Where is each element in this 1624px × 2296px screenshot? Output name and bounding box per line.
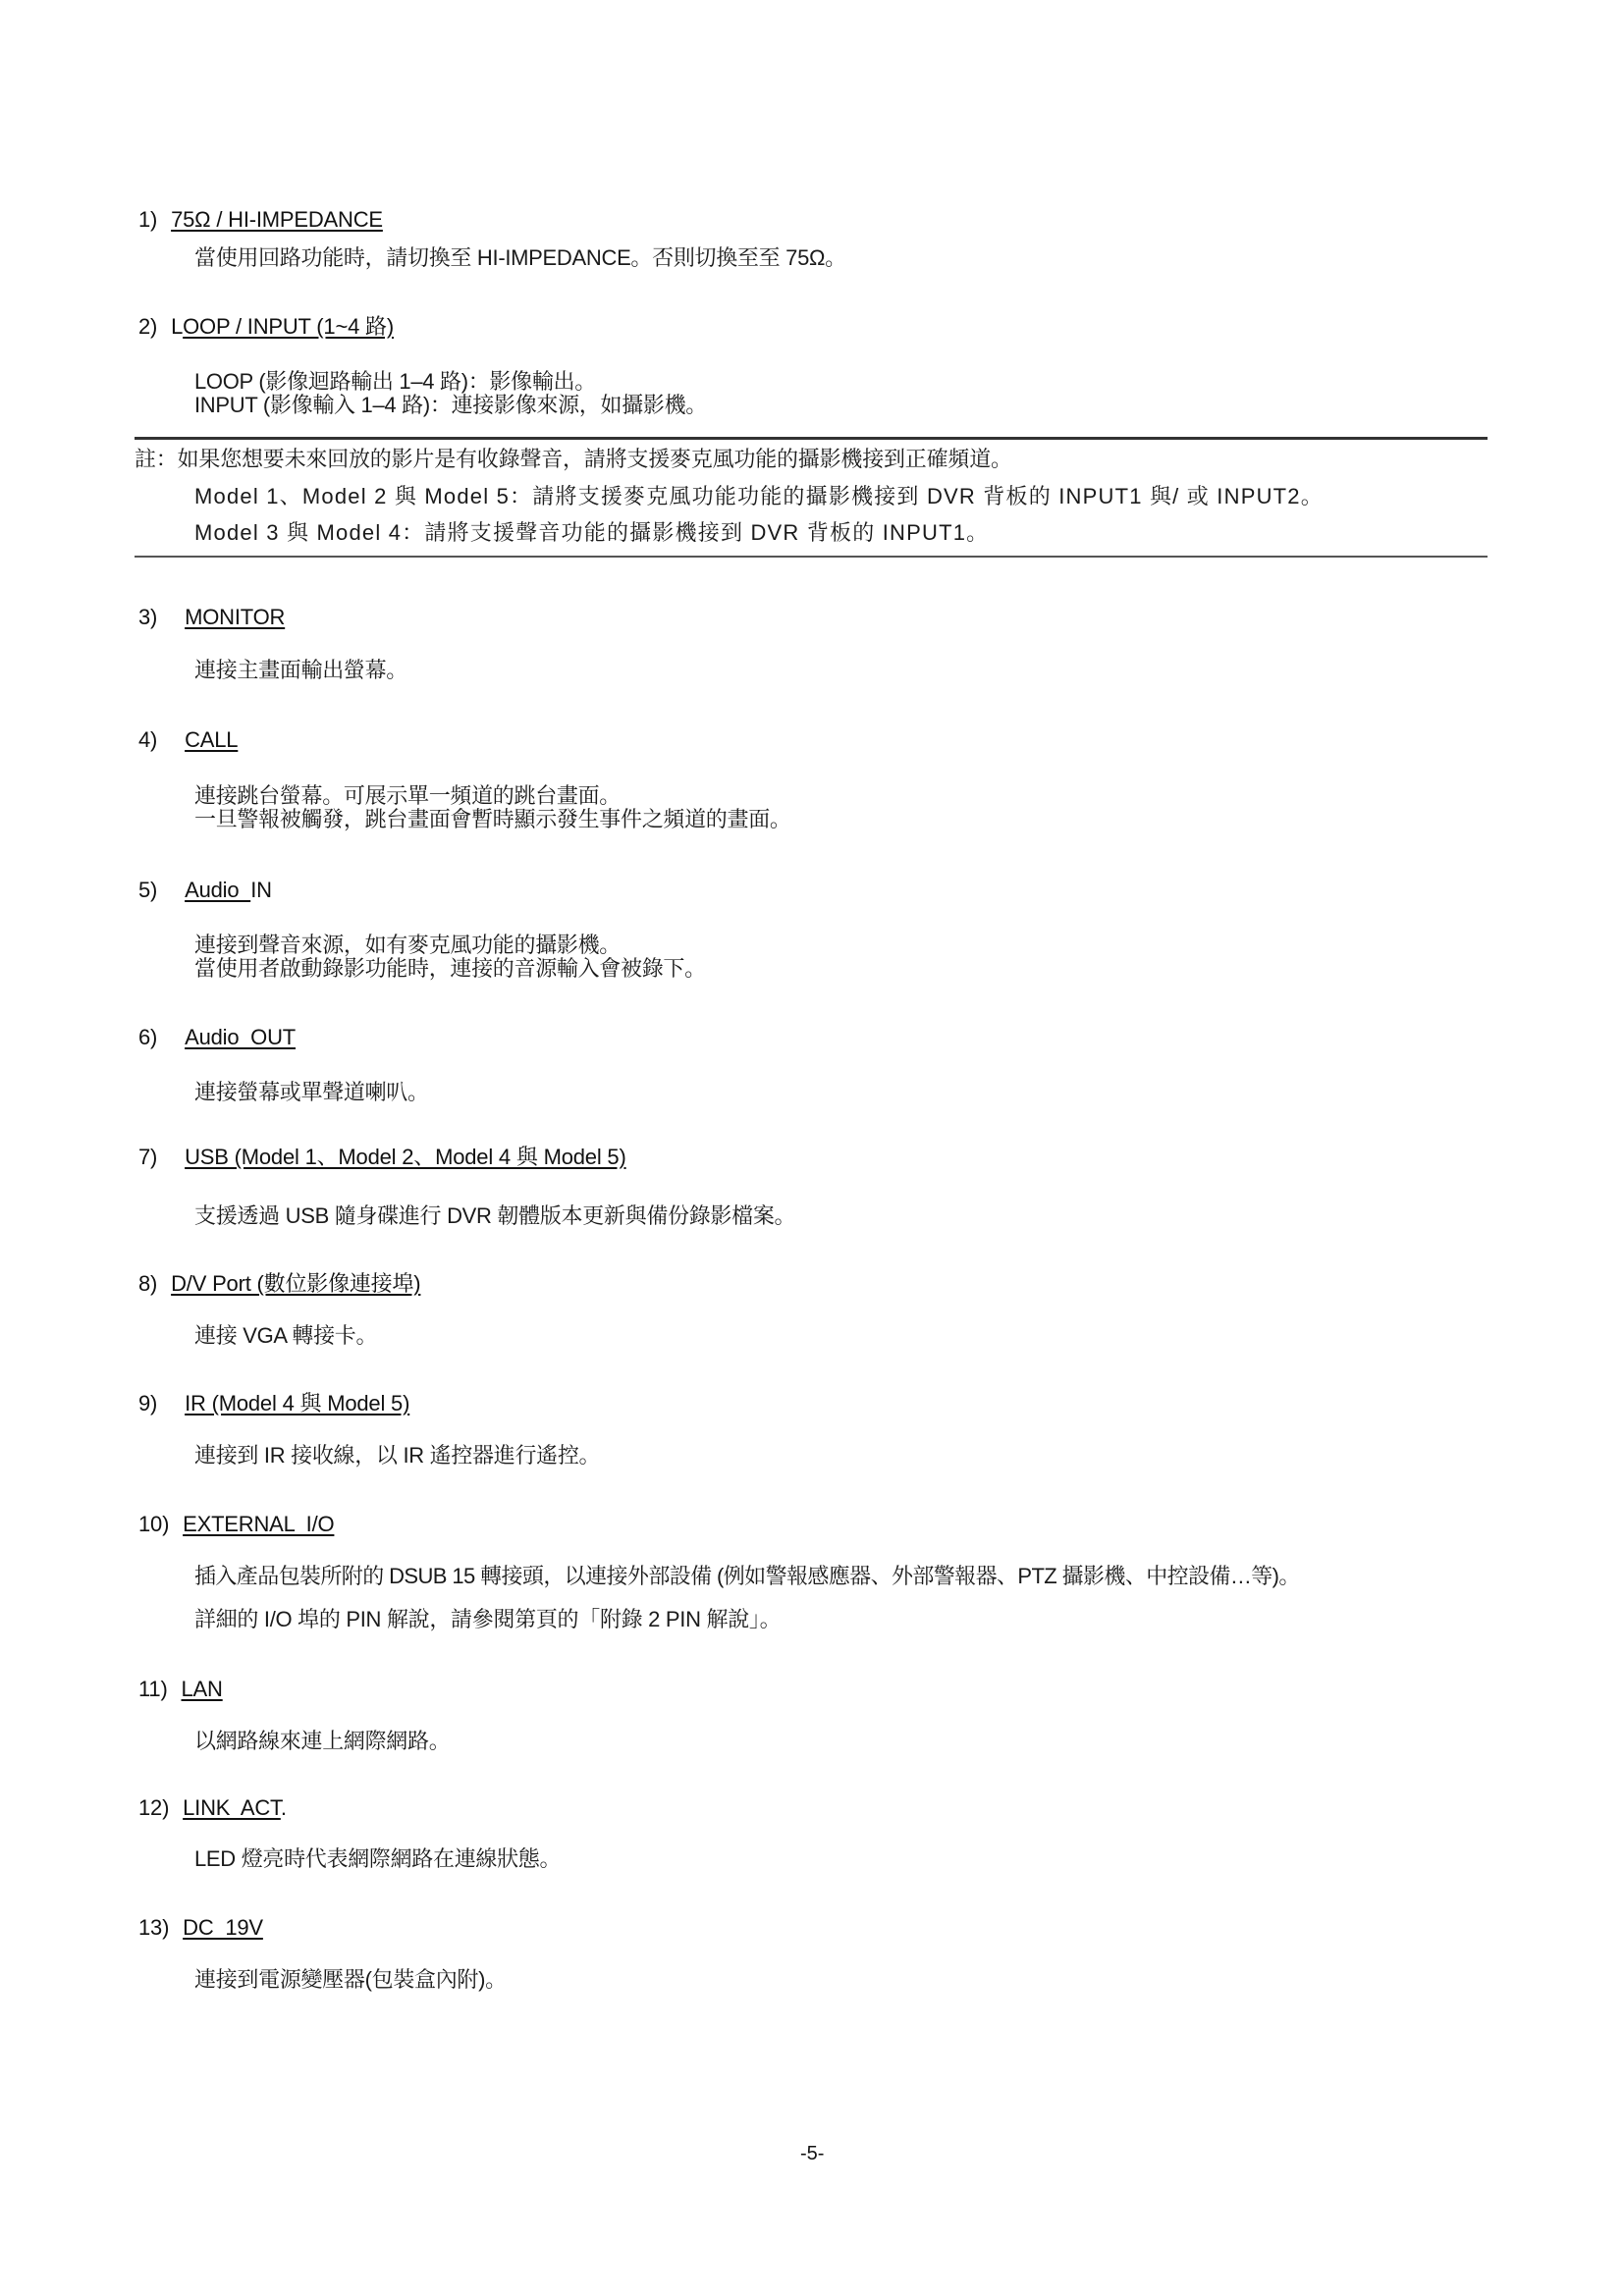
section-heading-lan: 11) LAN [138, 1677, 223, 1702]
note-intro: 註：如果您想要未來回放的影片是有收錄聲音，請將支援麥克風功能的攝影機接到正確頻道… [135, 447, 1012, 472]
section-heading-dv-port: 8) D/V Port (數位影像連接埠) [138, 1271, 420, 1297]
section-number: 4) [138, 727, 157, 753]
section-text: LED 燈亮時代表網際網路在連線狀態。 [194, 1846, 561, 1872]
section-text: 一旦警報被觸發，跳台畫面會暫時顯示發生事件之頻道的畫面。 [194, 807, 791, 832]
section-title: 75Ω / HI-IMPEDANCE [171, 207, 383, 232]
section-number: 6) [138, 1025, 157, 1050]
section-text: 以網路線來連上網際網路。 [194, 1729, 450, 1754]
section-text: 連接 VGA 轉接卡。 [194, 1323, 377, 1349]
section-heading-audio-out: 6) Audio OUT [138, 1025, 296, 1050]
section-number: 5) [138, 878, 157, 903]
section-text: 當使用回路功能時，請切換至 HI-IMPEDANCE。否則切換至至 75Ω。 [194, 245, 846, 271]
section-title: OOP / INPUT (1~4 路) [183, 314, 394, 339]
section-number: 12) [138, 1795, 169, 1821]
section-text: 連接到電源變壓器(包裝盒內附)。 [194, 1967, 507, 1993]
section-title: CALL [185, 727, 238, 752]
note-text: 如果您想要未來回放的影片是有收錄聲音，請將支援麥克風功能的攝影機接到正確頻道。 [178, 447, 1012, 471]
section-title-prefix: L [171, 314, 183, 339]
section-title: D/V Port (數位影像連接埠) [171, 1271, 420, 1296]
section-heading-loop-input: 2) LOOP / INPUT (1~4 路) [138, 314, 394, 340]
section-heading-monitor: 3) MONITOR [138, 605, 285, 630]
section-text: 連接主畫面輸出螢幕。 [194, 658, 407, 683]
section-text: 連接到 IR 接收線，以 IR 遙控器進行遙控。 [194, 1443, 600, 1468]
note-model-125: Model 1、Model 2 與 Model 5：請將支援麥克風功能功能的攝影… [194, 484, 1324, 509]
section-heading-call: 4) CALL [138, 727, 238, 753]
section-number: 2) [138, 314, 157, 340]
section-number: 13) [138, 1915, 169, 1941]
note-top-divider [135, 437, 1488, 440]
section-text: 連接螢幕或單聲道喇叭。 [194, 1080, 429, 1105]
section-number: 1) [138, 207, 157, 233]
section-text: 詳細的 I/O 埠的 PIN 解說，請參閱第頁的「附錄 2 PIN 解說」。 [194, 1607, 781, 1632]
section-title: EXTERNAL I/O [183, 1512, 334, 1536]
section-heading-75ohm: 1) 75Ω / HI-IMPEDANCE [138, 207, 383, 233]
section-text: 插入產品包裝所附的 DSUB 15 轉接頭，以連接外部設備 (例如警報感應器、外… [194, 1564, 1300, 1589]
section-heading-external-io: 10) EXTERNAL I/O [138, 1512, 334, 1537]
section-number: 11) [138, 1677, 168, 1702]
section-title: USB (Model 1、Model 2、Model 4 與 Model 5) [185, 1145, 626, 1169]
note-bottom-divider [135, 556, 1488, 558]
note-model-34: Model 3 與 Model 4：請將支援聲音功能的攝影機接到 DVR 背板的… [194, 520, 989, 546]
section-text: 連接到聲音來源，如有麥克風功能的攝影機。 [194, 933, 621, 958]
section-heading-usb: 7) USB (Model 1、Model 2、Model 4 與 Model … [138, 1145, 626, 1170]
page-number: -5- [800, 2142, 824, 2165]
section-title: LINK ACT [183, 1795, 281, 1820]
section-title: LAN [182, 1677, 223, 1701]
section-title: IR (Model 4 與 Model 5) [185, 1391, 409, 1415]
section-heading-audio-in: 5) Audio IN [138, 878, 272, 903]
section-heading-link-act: 12) LINK ACT. [138, 1795, 287, 1821]
section-number: 9) [138, 1391, 157, 1416]
section-text: LOOP (影像迴路輸出 1–4 路)：影像輸出。 [194, 369, 596, 395]
section-heading-dc-19v: 13) DC 19V [138, 1915, 263, 1941]
section-number: 7) [138, 1145, 157, 1170]
section-heading-ir: 9) IR (Model 4 與 Model 5) [138, 1391, 409, 1416]
note-label: 註： [135, 447, 178, 471]
section-text: 支援透過 USB 隨身碟進行 DVR 韌體版本更新與備份錄影檔案。 [194, 1203, 795, 1229]
section-title: DC 19V [183, 1915, 263, 1940]
section-title-suffix: IN [250, 878, 272, 902]
section-title-suffix: . [281, 1795, 287, 1820]
document-page: 1) 75Ω / HI-IMPEDANCE 當使用回路功能時，請切換至 HI-I… [0, 0, 1624, 2296]
section-title: Audio [185, 878, 250, 902]
section-number: 8) [138, 1271, 157, 1297]
section-title: MONITOR [185, 605, 285, 629]
section-text: INPUT (影像輸入 1–4 路)：連接影像來源，如攝影機。 [194, 393, 707, 418]
section-number: 3) [138, 605, 157, 630]
section-title: Audio OUT [185, 1025, 296, 1049]
section-number: 10) [138, 1512, 169, 1537]
section-text: 當使用者啟動錄影功能時，連接的音源輸入會被錄下。 [194, 956, 706, 982]
section-text: 連接跳台螢幕。可展示單一頻道的跳台畫面。 [194, 783, 621, 809]
